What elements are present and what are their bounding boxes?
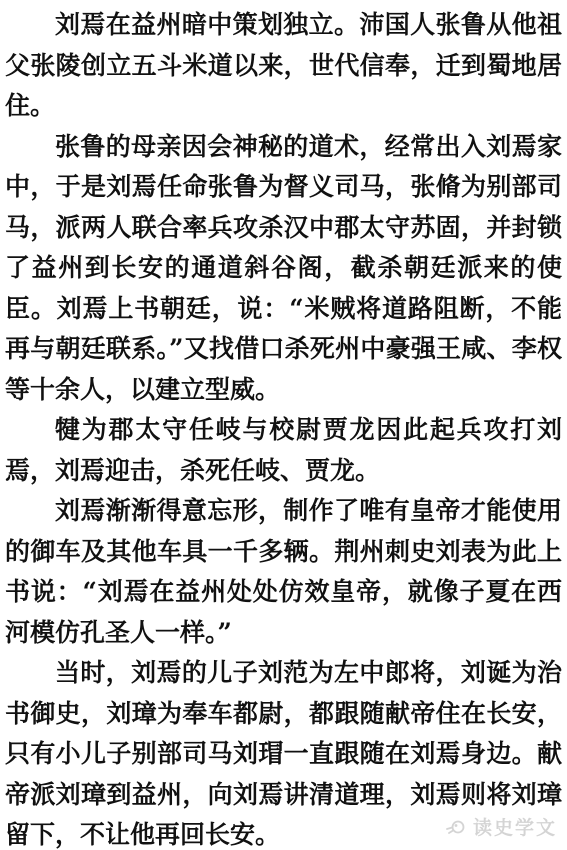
sun-logo-icon — [446, 816, 468, 838]
article-body: 刘焉在益州暗中策划独立。沛国人张鲁从他祖父张陵创立五斗米道以来，世代信奉，迁到蜀… — [0, 0, 567, 850]
paragraph: 张鲁的母亲因会神秘的道术，经常出入刘焉家中，于是刘焉任命张鲁为督义司马，张脩为别… — [5, 127, 562, 411]
article-page: 刘焉在益州暗中策划独立。沛国人张鲁从他祖父张陵创立五斗米道以来，世代信奉，迁到蜀… — [0, 0, 567, 850]
paragraph: 刘焉在益州暗中策划独立。沛国人张鲁从他祖父张陵创立五斗米道以来，世代信奉，迁到蜀… — [5, 5, 562, 127]
paragraph: 犍为郡太守任岐与校尉贾龙因此起兵攻打刘焉，刘焉迎击，杀死任岐、贾龙。 — [5, 410, 562, 491]
paragraph: 刘焉渐渐得意忘形，制作了唯有皇帝才能使用的御车及其他车具一千多辆。荆州刺史刘表为… — [5, 491, 562, 653]
watermark: 读史学文 — [446, 813, 557, 840]
watermark-label: 读史学文 — [473, 813, 557, 840]
